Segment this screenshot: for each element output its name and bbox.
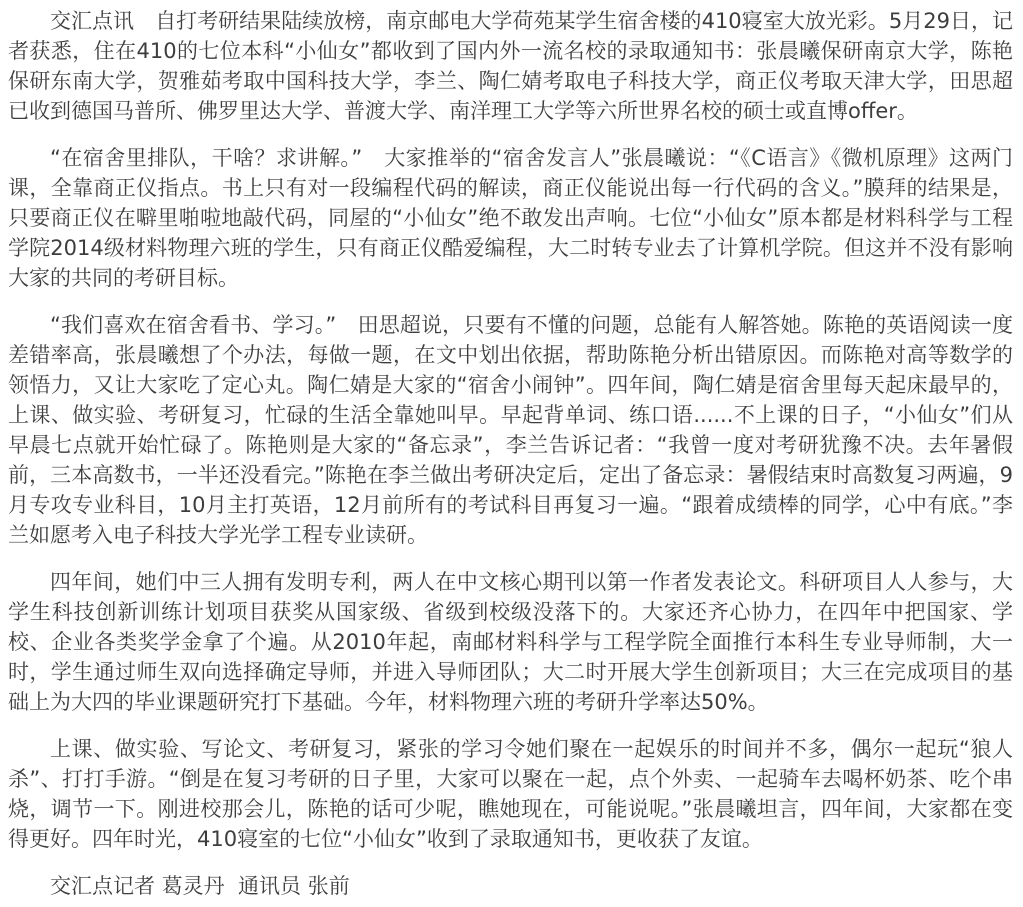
- paragraph-study-habits: “我们喜欢在宿舍看书、学习。” 田思超说，只要有不懂的问题，总能有人解答她。陈艳…: [8, 310, 1013, 550]
- paragraph-achievements: 四年间，她们中三人拥有发明专利，两人在中文核心期刊以第一作者发表论文。科研项目人…: [8, 567, 1013, 717]
- paragraph-dorm-spokesperson: “在宿舍里排队，干啥？求讲解。” 大家推举的“宿舍发言人”张晨曦说：“《C语言》…: [8, 143, 1013, 293]
- byline: 交汇点记者 葛灵丹 通讯员 张前: [8, 871, 1013, 901]
- paragraph-lead: 交汇点讯 自打考研结果陆续放榜，南京邮电大学荷苑某学生宿舍楼的410寝室大放光彩…: [8, 6, 1013, 126]
- paragraph-friendship: 上课、做实验、写论文、考研复习，紧张的学习令她们聚在一起娱乐的时间并不多，偶尔一…: [8, 734, 1013, 854]
- article-body: 交汇点讯 自打考研结果陆续放榜，南京邮电大学荷苑某学生宿舍楼的410寝室大放光彩…: [0, 0, 1023, 905]
